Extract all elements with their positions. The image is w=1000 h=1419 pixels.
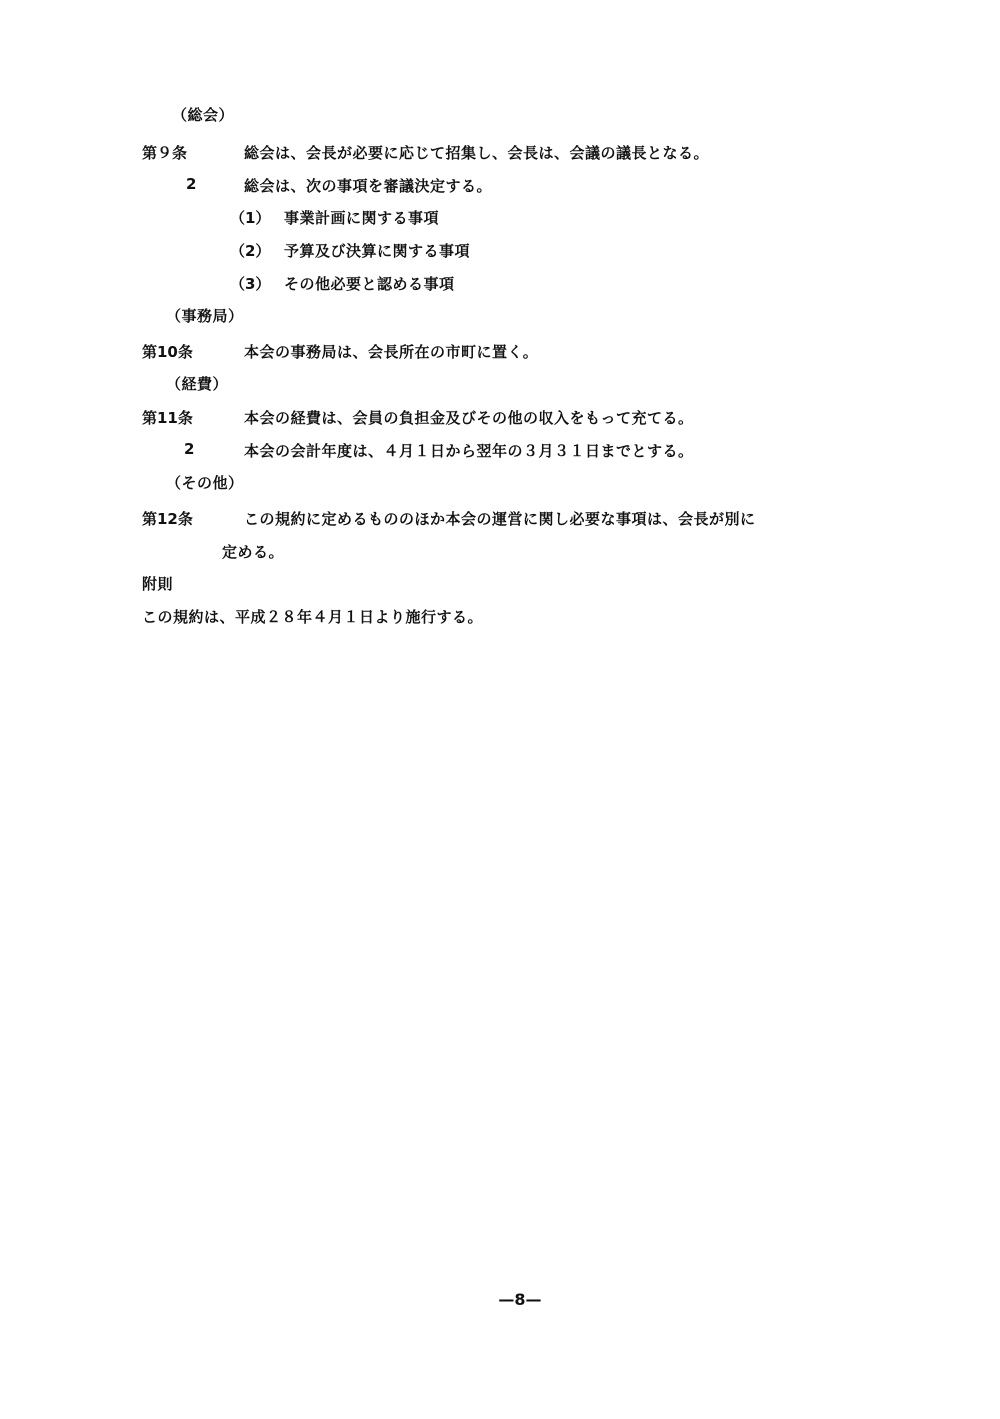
item-2-number: （2） bbox=[230, 240, 270, 261]
article-9-para-2-text: 総会は、次の事項を審議決定する。 bbox=[244, 175, 492, 196]
article-11-text: 本会の経費は、会員の負担金及びその他の収入をもって充てる。 bbox=[244, 407, 694, 428]
supplementary-provisions-heading: 附則 bbox=[142, 573, 173, 594]
article-9-para-2-number: 2 bbox=[186, 175, 196, 193]
item-1-text: 事業計画に関する事項 bbox=[284, 207, 439, 228]
article-11-number: 第11条 bbox=[142, 407, 193, 428]
item-1-number: （1） bbox=[230, 207, 270, 228]
article-12-text: この規約に定めるもののほか本会の運営に関し必要な事項は、会長が別に bbox=[244, 508, 756, 529]
article-12-number: 第12条 bbox=[142, 508, 193, 529]
page-number: —8— bbox=[0, 1290, 1000, 1309]
article-12-continuation: 定める。 bbox=[222, 541, 284, 562]
article-9-text: 総会は、会長が必要に応じて招集し、会長は、会議の議長となる。 bbox=[244, 142, 709, 163]
item-2-text: 予算及び決算に関する事項 bbox=[284, 240, 470, 261]
article-10-text: 本会の事務局は、会長所在の市町に置く。 bbox=[244, 341, 538, 362]
section-heading-other: （その他） bbox=[166, 472, 244, 493]
article-11-para-2-text: 本会の会計年度は、４月１日から翌年の３月３１日までとする。 bbox=[244, 440, 694, 461]
item-3-number: （3） bbox=[230, 273, 270, 294]
section-heading-secretariat: （事務局） bbox=[166, 305, 244, 326]
article-10-number: 第10条 bbox=[142, 341, 193, 362]
article-11-para-2-number: 2 bbox=[184, 440, 194, 458]
section-heading-general-meeting: （総会） bbox=[172, 104, 234, 125]
article-9-number: 第９条 bbox=[142, 142, 187, 163]
section-heading-expenses: （経費） bbox=[166, 373, 228, 394]
item-3-text: その他必要と認める事項 bbox=[284, 273, 455, 294]
effective-date-text: この規約は、平成２８年４月１日より施行する。 bbox=[142, 606, 483, 627]
